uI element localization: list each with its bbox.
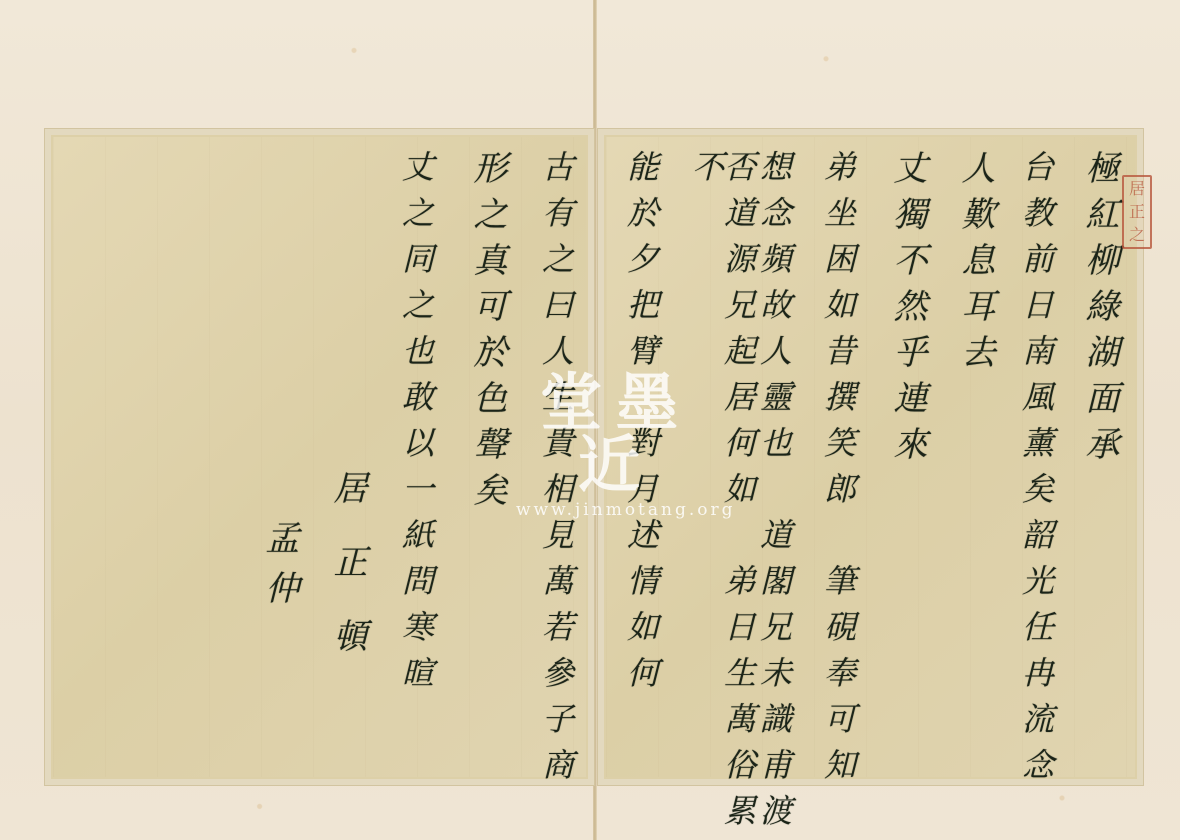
calligraphy-column-2: 台教前日南風薰矣韶光任冉流念	[1020, 150, 1052, 794]
signature-column: 居正頓	[330, 470, 364, 692]
calligraphy-column-3: 人歎息耳去	[958, 150, 992, 380]
left-leaf	[44, 128, 595, 786]
calligraphy-column-4: 丈獨不然乎連來	[890, 150, 924, 472]
calligraphy-column-10: 形之真可於色聲矣	[470, 150, 504, 518]
calligraphy-column-11: 丈之同之也敢以一紙問寒暄	[400, 150, 432, 702]
calligraphy-column-6: 想念頻故人靈也 道閣兄未識甫渡	[758, 150, 790, 840]
seal-char-2: 正	[1129, 204, 1145, 220]
watermark-url: www.jinmotang.org	[516, 500, 716, 520]
seal-char-1: 居	[1129, 181, 1145, 197]
calligraphy-column-5: 弟坐困如昔撰笑郎 筆硯奉可知	[822, 150, 854, 794]
seal-char-3: 之	[1129, 227, 1145, 243]
watermark: 堂墨近 www.jinmotang.org	[516, 372, 716, 520]
calligraphy-column-1: 極紅柳綠湖面承	[1082, 150, 1116, 472]
recipient-column: 孟仲	[262, 520, 296, 620]
watermark-logo: 堂墨近	[516, 372, 716, 496]
red-seal: 居 正 之	[1122, 175, 1152, 249]
